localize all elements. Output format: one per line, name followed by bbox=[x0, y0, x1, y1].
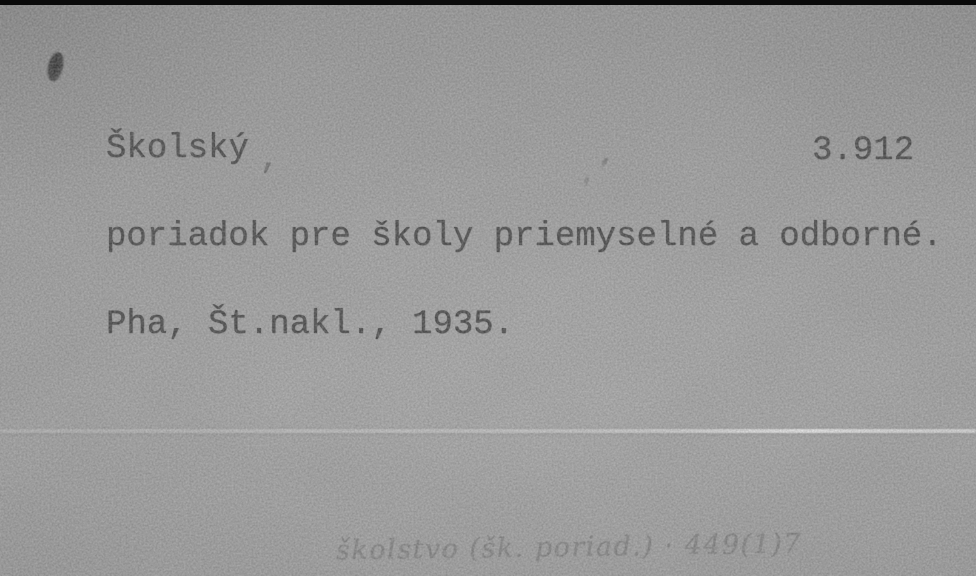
call-number: 3.912 bbox=[812, 134, 914, 168]
stray-ink-mark bbox=[583, 177, 589, 188]
ink-blot-mark bbox=[45, 51, 66, 83]
typed-imprint-line: Pha, Št.nakl., 1935. bbox=[106, 308, 514, 342]
card-crease-line bbox=[0, 429, 976, 433]
scan-vignette-shading bbox=[0, 5, 976, 576]
scanned-catalog-card-page: { "card": { "heading_word": "Školský", "… bbox=[0, 0, 976, 576]
catalog-card-surface: Školský , 3.912 poriadok pre školy priem… bbox=[0, 5, 976, 576]
stray-ink-mark bbox=[599, 157, 608, 169]
paper-grain-texture bbox=[0, 5, 976, 576]
typed-heading-word: Školský bbox=[106, 132, 249, 166]
handwritten-shelf-note: školstvo (šk. poriad.) · 449(1)7 bbox=[336, 529, 802, 567]
typed-title-line: poriadok pre školy priemyselné a odborné… bbox=[106, 220, 943, 254]
stray-comma-mark: , bbox=[260, 143, 279, 175]
